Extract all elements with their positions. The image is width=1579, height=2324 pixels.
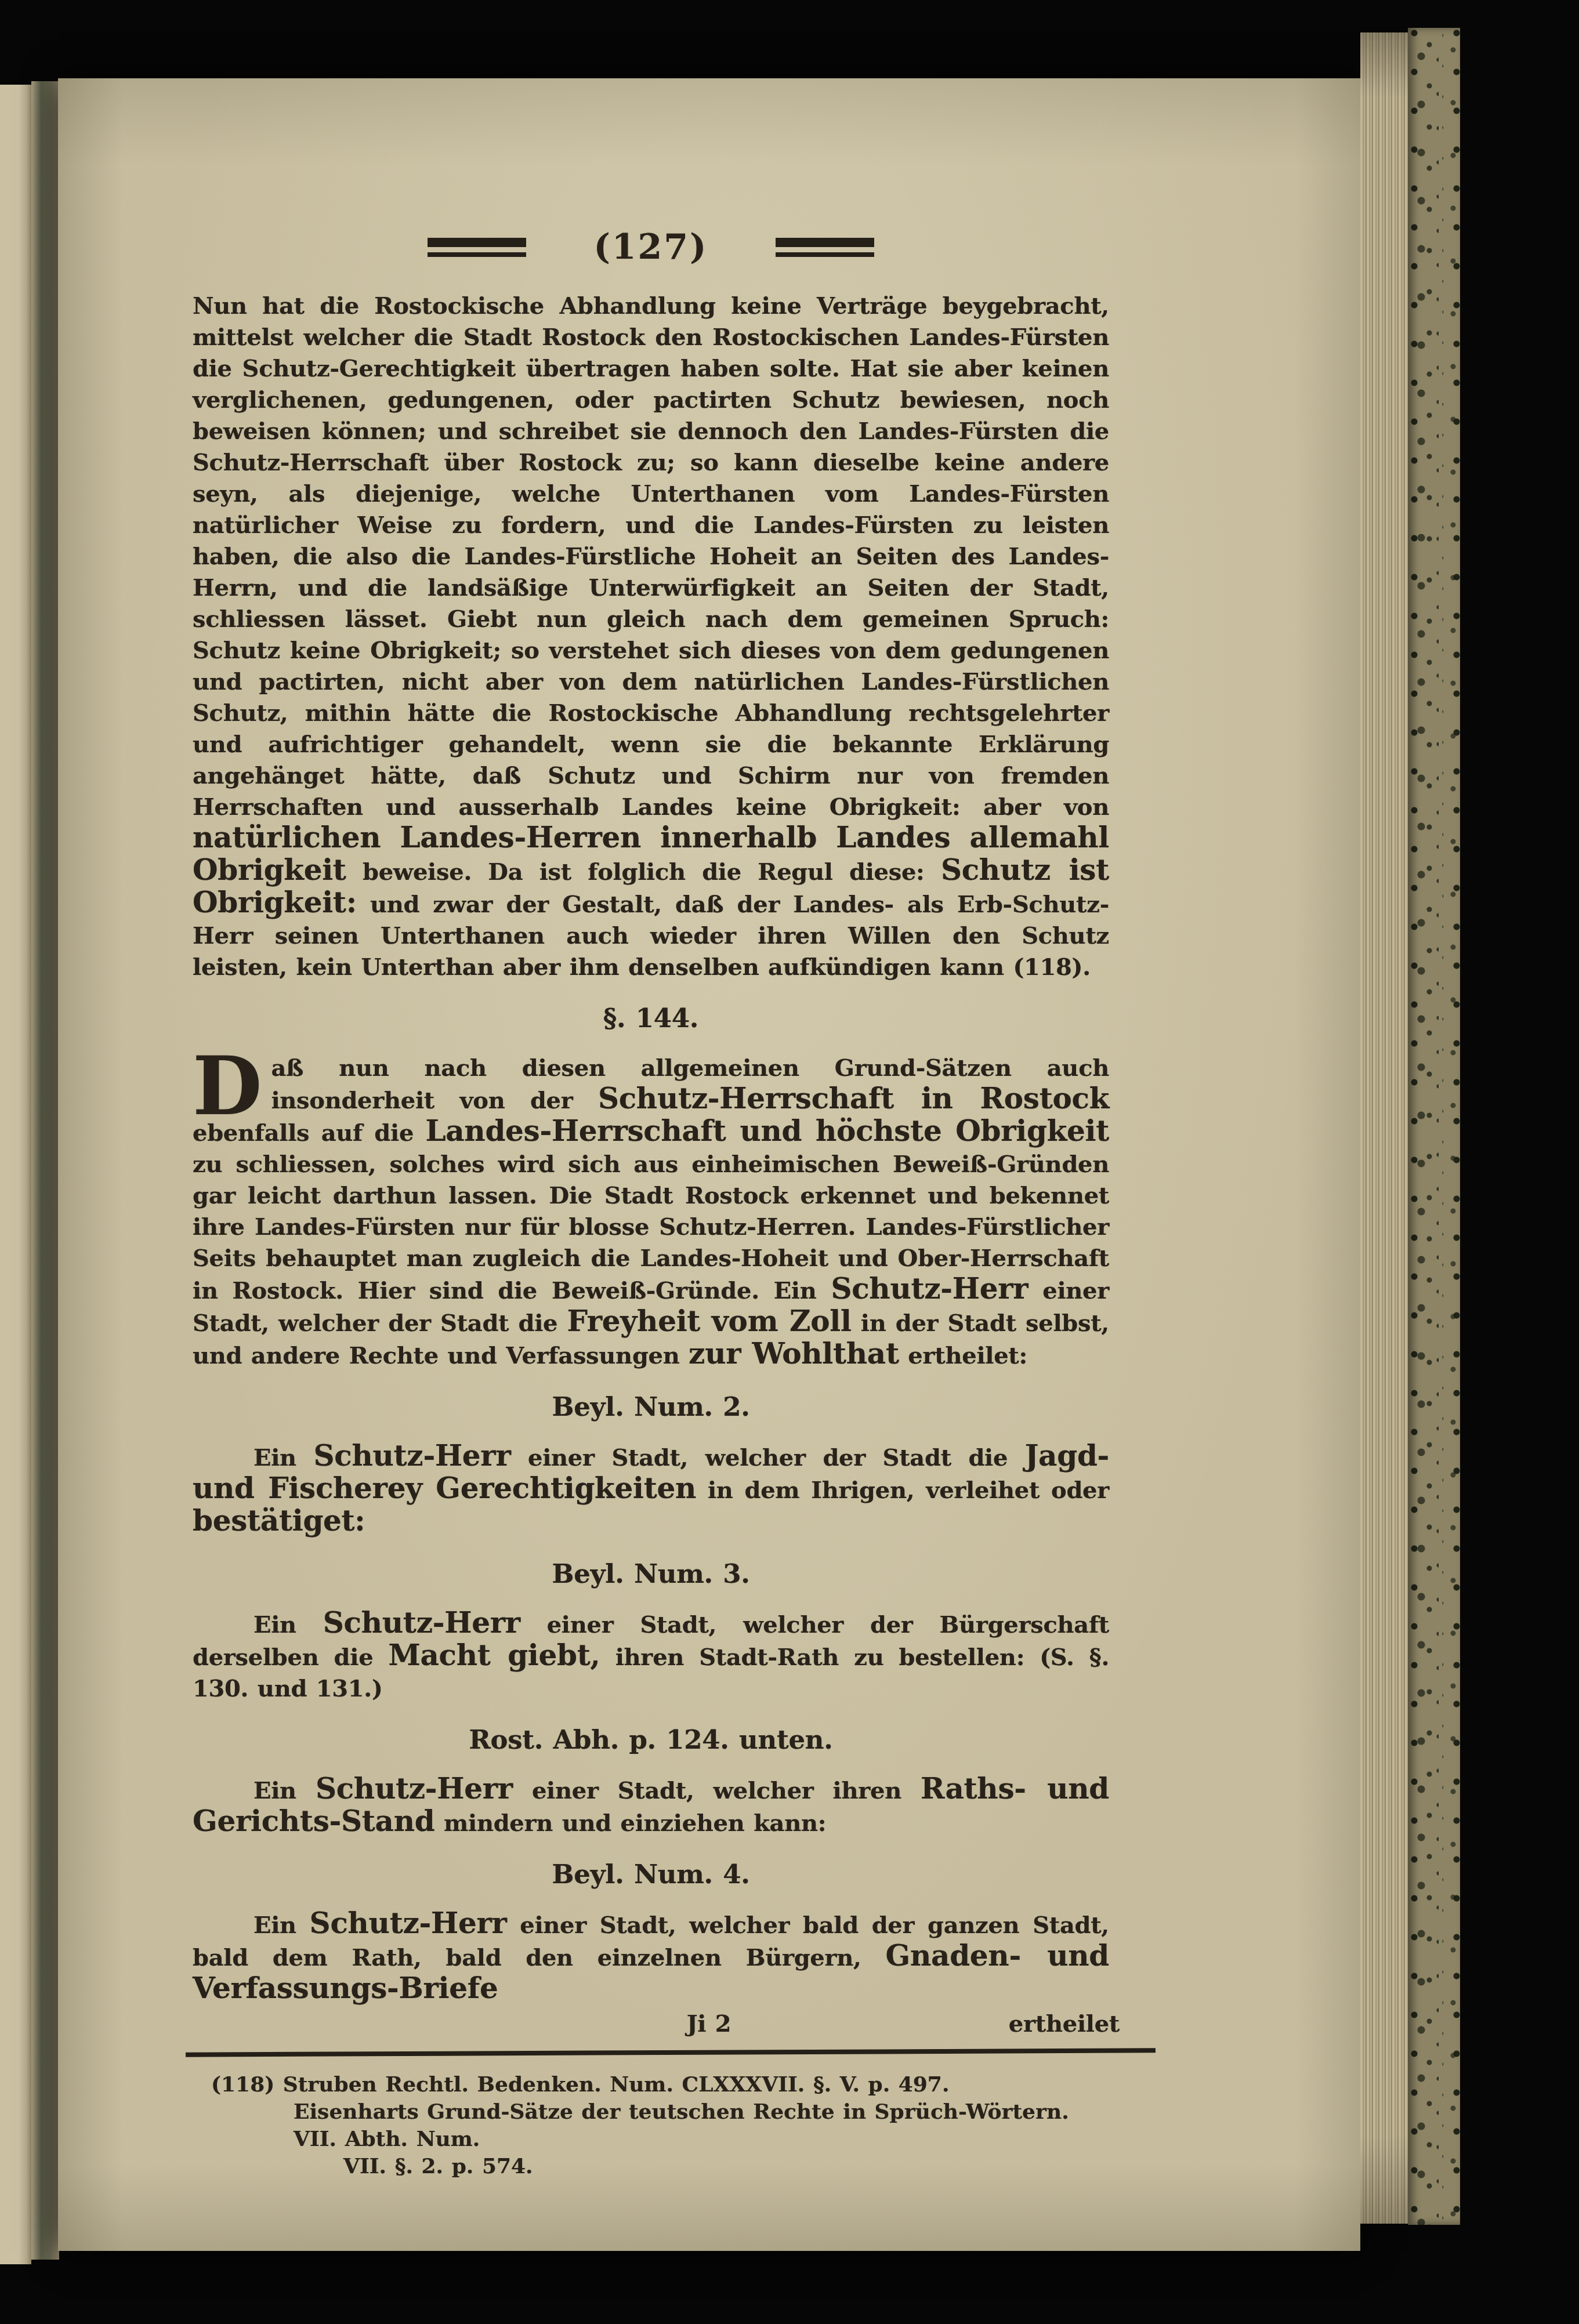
- blocks-host: Nun hat die Rostockische Abhandlung kein…: [193, 291, 1109, 2006]
- gutter-shadow: [31, 81, 59, 2260]
- drop-cap-initial: D: [193, 1053, 271, 1116]
- book-page: (127) Nun hat die Rostockische Abhandlun…: [58, 78, 1360, 2251]
- emphasized-text: Schutz-Herr: [313, 1438, 510, 1473]
- emphasized-text: Macht giebt,: [388, 1638, 600, 1672]
- body-text: Ein: [253, 1444, 313, 1471]
- body-text: ertheilet:: [899, 1342, 1027, 1369]
- paragraph-6: Ein Schutz-Herr einer Stadt, welcher bal…: [193, 1909, 1109, 2006]
- emphasized-text: Landes-Herrschaft und höchste Obrigkeit: [425, 1114, 1109, 1148]
- footnote-line: Eisenharts Grund-Sätze der teutschen Rec…: [211, 2098, 1109, 2153]
- signature-mark: Ji 2: [687, 2008, 731, 2040]
- footnote-line: (118) Struben Rechtl. Bedenken. Num. CLX…: [211, 2071, 1109, 2098]
- emphasized-text: Schutz-Herrschaft in Rostock: [598, 1081, 1109, 1115]
- body-text: mindern und einziehen kann:: [434, 1810, 826, 1837]
- body-text: Ein: [253, 1777, 316, 1804]
- footnote-line: VII. §. 2. p. 574.: [211, 2153, 1109, 2180]
- rost-abh-heading: Rost. Abh. p. 124. unten.: [193, 1724, 1109, 1756]
- page-number: (127): [593, 227, 708, 267]
- paragraph-1: Nun hat die Rostockische Abhandlung kein…: [193, 291, 1109, 983]
- text-column: Nun hat die Rostockische Abhandlung kein…: [193, 291, 1109, 2180]
- page-header: (127): [193, 227, 1109, 267]
- paragraph-3: Ein Schutz-Herr einer Stadt, welcher der…: [193, 1441, 1109, 1539]
- footnote-block: (118) Struben Rechtl. Bedenken. Num. CLX…: [211, 2071, 1109, 2180]
- book-fore-edge: [1360, 32, 1408, 2224]
- beylage-heading-3: Beyl. Num. 3.: [193, 1558, 1109, 1590]
- body-text: in dem Ihrigen, verleihet oder: [696, 1477, 1109, 1504]
- section-heading-144: §. 144.: [193, 1003, 1109, 1034]
- emphasized-text: Schutz-Herr: [310, 1906, 507, 1940]
- body-text: Ein: [253, 1912, 310, 1939]
- previous-page-edge: [0, 85, 31, 2264]
- emphasized-text: Schutz-Herr: [316, 1771, 513, 1805]
- footnote-separator: [186, 2048, 1156, 2057]
- body-text: einer Stadt, welcher der Stadt die: [510, 1444, 1024, 1471]
- header-rule-left-icon: [428, 238, 526, 257]
- beylage-heading-4: Beyl. Num. 4.: [193, 1859, 1109, 1890]
- signature-row: Ji 2 ertheilet: [193, 2008, 1109, 2042]
- body-text: einer Stadt, welcher ihren: [513, 1777, 921, 1804]
- marbled-cover-board: [1408, 28, 1460, 2225]
- body-text: beweise. Da ist folglich die Regul diese…: [346, 858, 941, 886]
- emphasized-text: Schutz-Herr: [831, 1271, 1028, 1306]
- scan-background: (127) Nun hat die Rostockische Abhandlun…: [0, 0, 1579, 2324]
- body-text: Ein: [253, 1611, 323, 1638]
- emphasized-text: bestätiget:: [193, 1503, 365, 1538]
- emphasized-text: Schutz-Herr: [323, 1605, 520, 1640]
- paragraph-4: Ein Schutz-Herr einer Stadt, welcher der…: [193, 1608, 1109, 1705]
- body-text: ebenfalls auf die: [193, 1119, 425, 1147]
- emphasized-text: Freyheit vom Zoll: [567, 1304, 851, 1338]
- paragraph-2: Daß nun nach diesen allgemeinen Grund-Sä…: [193, 1053, 1109, 1372]
- header-rule-right-icon: [776, 238, 874, 257]
- body-text: Nun hat die Rostockische Abhandlung kein…: [193, 292, 1109, 821]
- catchword: ertheilet: [1009, 2008, 1120, 2040]
- paragraph-5: Ein Schutz-Herr einer Stadt, welcher ihr…: [193, 1774, 1109, 1839]
- emphasized-text: zur Wohlthat: [689, 1336, 899, 1371]
- beylage-heading-2: Beyl. Num. 2.: [193, 1391, 1109, 1423]
